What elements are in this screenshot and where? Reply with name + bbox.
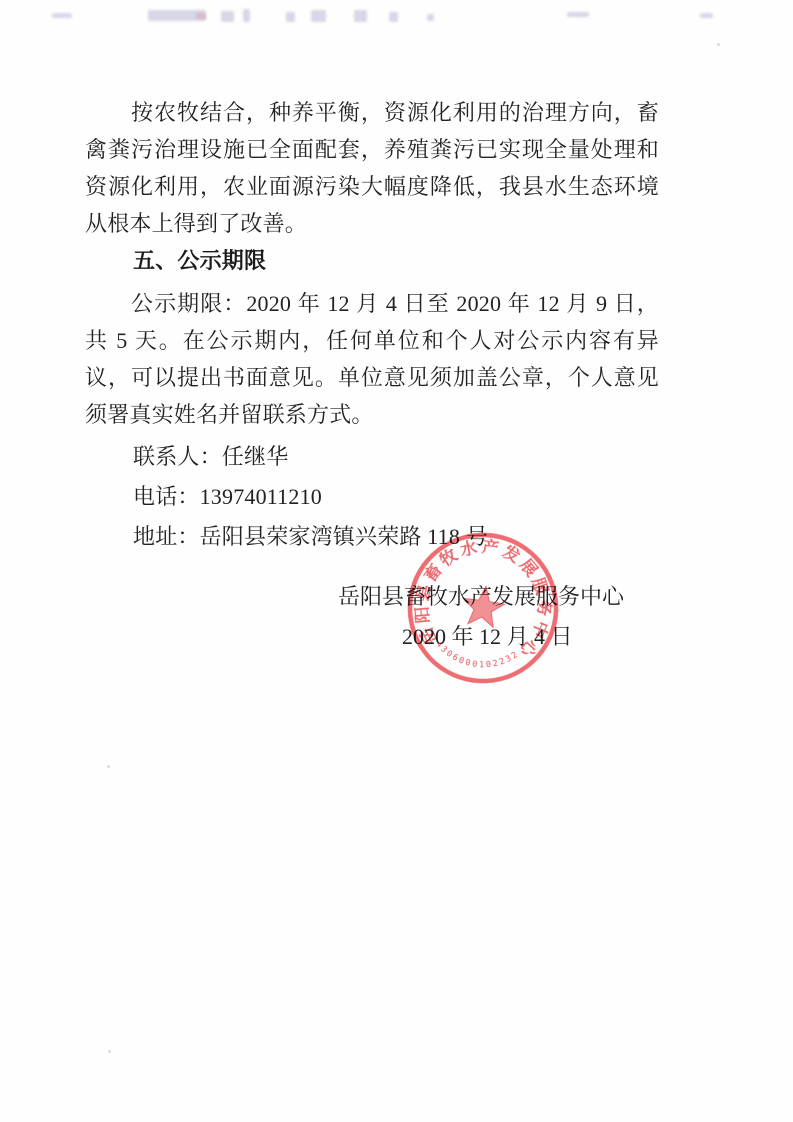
paragraph-governance-result: 按农牧结合，种养平衡，资源化利用的治理方向，畜禽粪污治理设施已全面配套，养殖粪污… bbox=[85, 94, 659, 242]
scan-artifact bbox=[717, 43, 720, 46]
contact-address-line: 地址：岳阳县荣家湾镇兴荣路 118 号 bbox=[133, 517, 659, 557]
scan-artifact bbox=[221, 11, 234, 22]
notice-document-page: 按农牧结合，种养平衡，资源化利用的治理方向，畜禽粪污治理设施已全面配套，养殖粪污… bbox=[0, 0, 793, 1122]
scan-artifact bbox=[196, 13, 206, 19]
contact-block: 联系人：任继华 电话：13974011210 地址：岳阳县荣家湾镇兴荣路 118… bbox=[85, 437, 659, 557]
scan-artifact bbox=[311, 10, 326, 22]
paragraph-publicity-period: 公示期限：2020 年 12 月 4 日至 2020 年 12 月 9 日，共 … bbox=[85, 285, 659, 433]
seal-star-icon bbox=[460, 584, 506, 629]
contact-person-line: 联系人：任继华 bbox=[133, 437, 659, 477]
scan-artifact bbox=[427, 14, 434, 21]
section-heading-publicity-period: 五、公示期限 bbox=[85, 242, 659, 279]
scan-artifact bbox=[107, 765, 110, 768]
scan-artifact bbox=[286, 12, 295, 22]
scan-artifact bbox=[567, 12, 589, 17]
official-seal-stamp: 岳阳县畜牧水产发展服务中心 4306000102232 bbox=[394, 519, 572, 697]
scan-artifact bbox=[354, 10, 367, 22]
seal-graphic: 岳阳县畜牧水产发展服务中心 4306000102232 bbox=[394, 519, 572, 697]
scan-artifact bbox=[700, 13, 713, 18]
document-body: 按农牧结合，种养平衡，资源化利用的治理方向，畜禽粪污治理设施已全面配套，养殖粪污… bbox=[85, 94, 659, 557]
scan-artifact bbox=[243, 9, 250, 22]
contact-phone-line: 电话：13974011210 bbox=[133, 477, 659, 517]
scan-artifact bbox=[108, 1050, 111, 1053]
scan-artifact bbox=[389, 12, 398, 22]
scan-artifact bbox=[52, 13, 72, 18]
